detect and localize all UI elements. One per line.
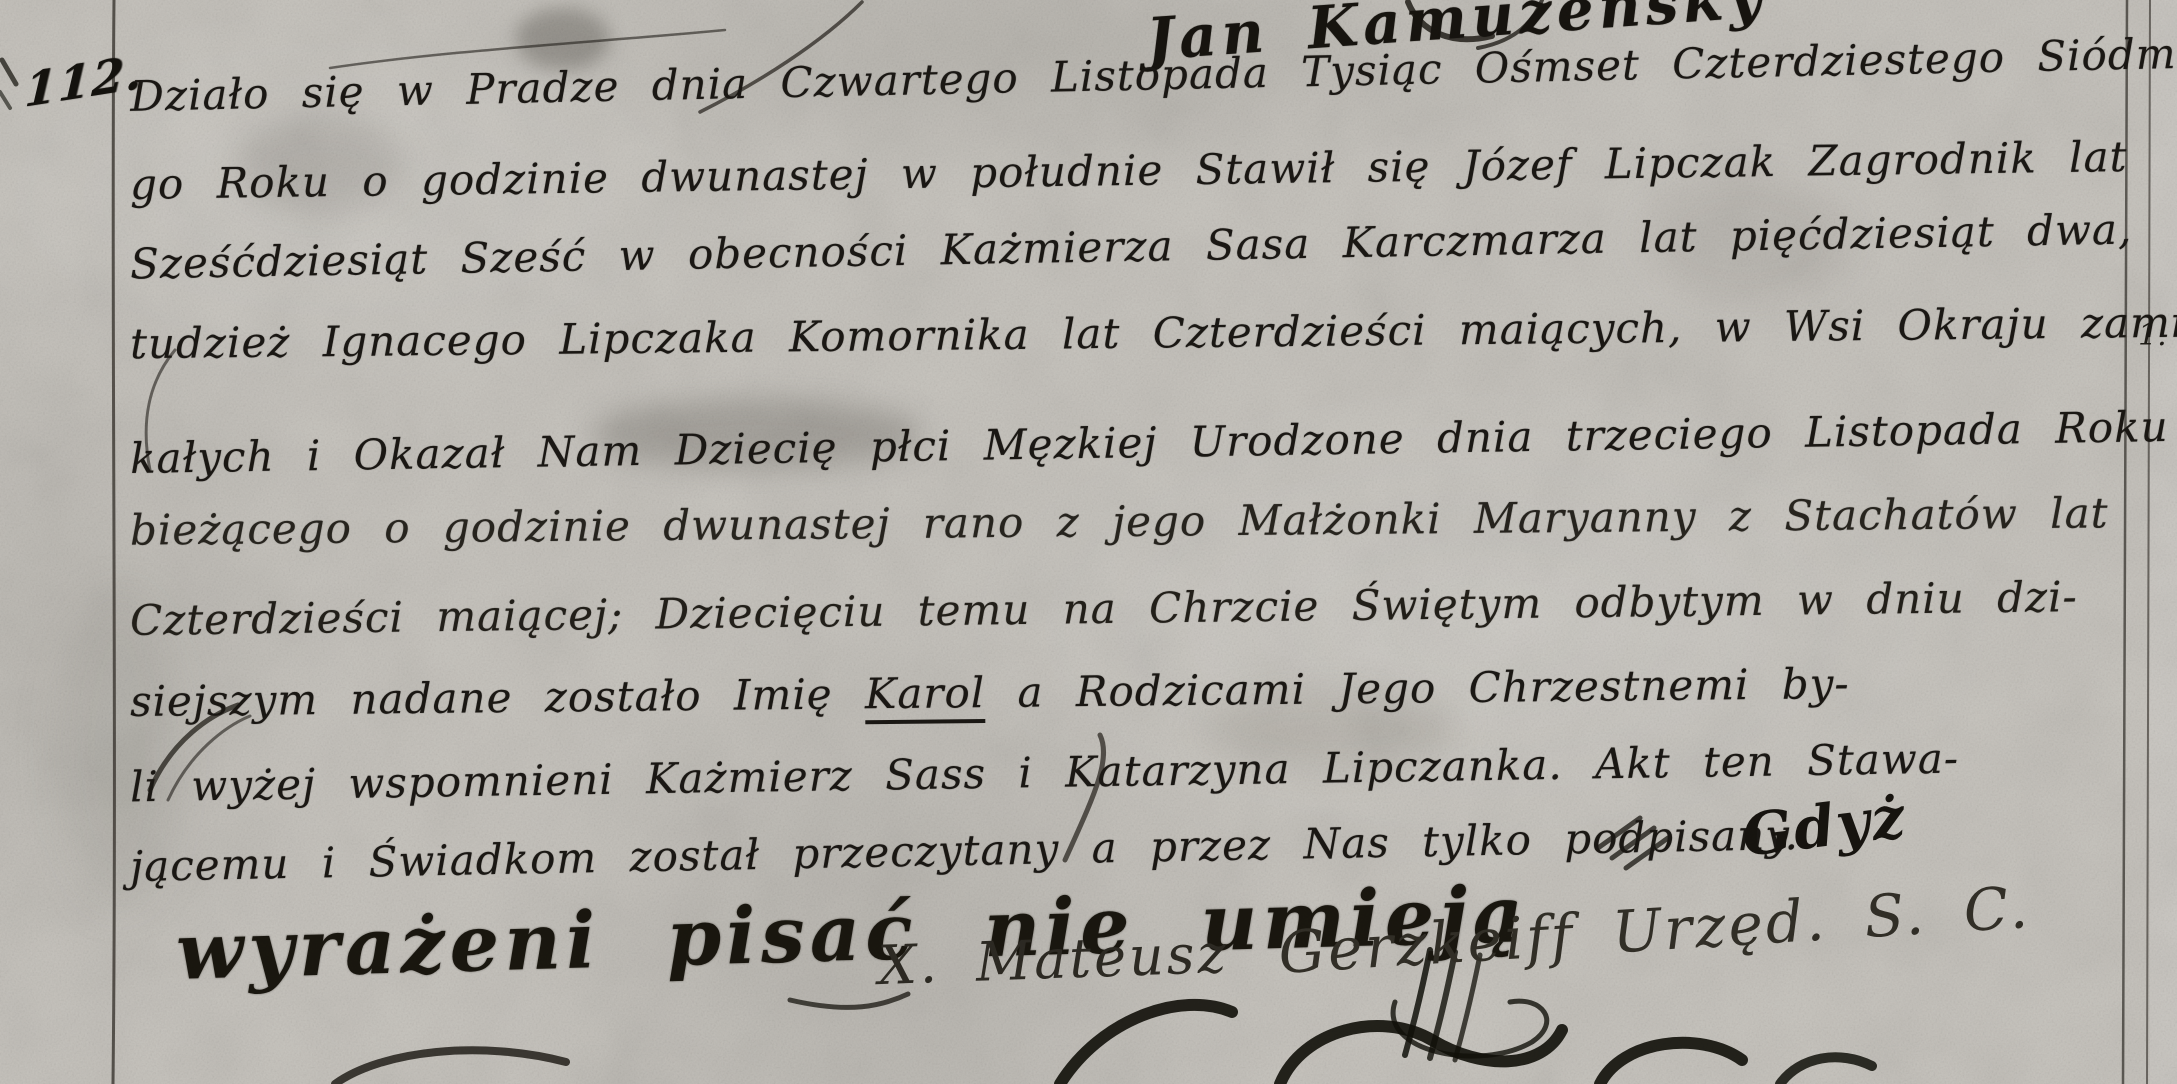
text-after-name: a Rodzicami Jego Chrzestnemi by- xyxy=(985,659,1850,717)
text-line: kałych i Okazał Nam Dziecię płci Męzkiej… xyxy=(130,402,2169,483)
child-name-karol: Karol xyxy=(865,668,986,724)
record-number: 112. xyxy=(23,44,144,118)
scanned-birth-record-page: 112. Jan Kamuzensky 1. Działo się w Prad… xyxy=(0,0,2177,1084)
text-line: bieżącego o godzinie dwunastej rano z je… xyxy=(130,488,2109,554)
gdyz-word: Gdyż xyxy=(1738,782,1910,870)
left-margin-rule xyxy=(113,0,114,1084)
text-line: go Roku o godzinie dwunastej w południe … xyxy=(130,132,2128,209)
text-line: li wyżej wspomnieni Każmierz Sass i Kata… xyxy=(130,734,1960,812)
text-line: jącemu i Świadkom został przeczytany a p… xyxy=(130,810,1799,891)
ink-smudge xyxy=(515,8,610,70)
page-edge xyxy=(2150,0,2177,1084)
text-before-name: siejszym nadane zostało Imię xyxy=(130,669,865,726)
text-line: Sześćdziesiąt Sześć w obecności Każmierz… xyxy=(130,205,2133,289)
signature-given-name: X. Mateusz xyxy=(877,922,1230,997)
text-line: Czterdzieści maiącej; Dziecięciu temu na… xyxy=(130,572,2078,645)
text-line: tudzież Ignacego Lipczaka Komornika lat … xyxy=(130,297,2177,368)
text-line-with-child-name: siejszym nadane zostało Imię Karol a Rod… xyxy=(130,659,1850,726)
